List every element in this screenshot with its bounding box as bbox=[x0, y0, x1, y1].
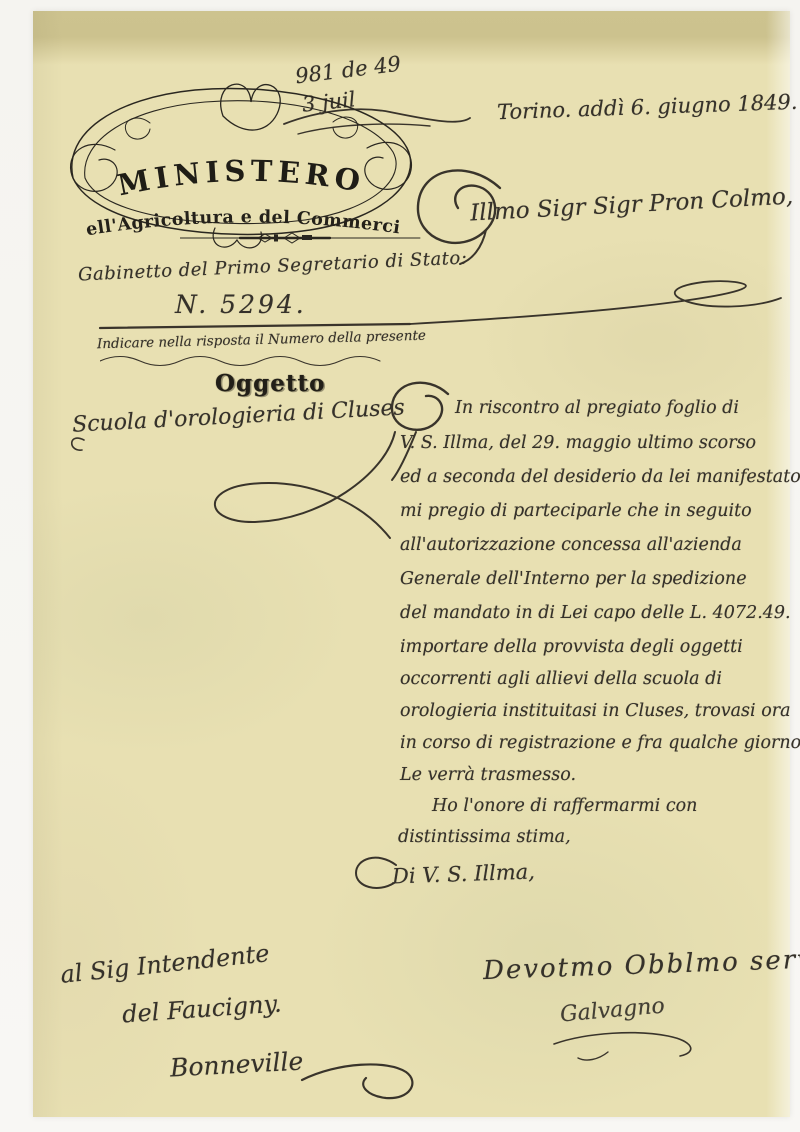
signature-flourish-icon bbox=[548, 1022, 708, 1064]
valediction-line3: Di V. S. Illma, bbox=[392, 860, 536, 889]
letterhead-title: MINISTERO bbox=[115, 154, 368, 203]
body-line: Le verrà trasmesso. bbox=[400, 765, 576, 785]
office-note-wavy-underline-icon bbox=[100, 352, 400, 368]
body-line: V. S. Illma, del 29. maggio ultimo scors… bbox=[400, 433, 756, 453]
subject-label: Oggetto bbox=[215, 370, 325, 397]
valediction-line2: distintissima stima, bbox=[398, 827, 571, 847]
body-line: all'autorizzazione concessa all'azienda bbox=[400, 535, 742, 555]
letterhead-cartouche: MINISTERO dell'Agricoltura e del Commerc… bbox=[55, 78, 427, 256]
body-line: mi pregio di parteciparle che in seguito bbox=[400, 501, 752, 521]
body-line: orologieria instituitasi in Cluses, trov… bbox=[400, 701, 791, 721]
scanned-letter-page: 981 de 49 3 juil Torino. addì 6. giugno … bbox=[0, 0, 800, 1132]
body-line: Generale dell'Interno per la spedizione bbox=[400, 569, 747, 589]
body-line: in corso di registrazione e fra qualche … bbox=[400, 733, 800, 753]
divider-ornament-icon bbox=[180, 231, 422, 245]
svg-text:MINISTERO: MINISTERO bbox=[115, 154, 368, 203]
office-rule-flourish bbox=[95, 276, 795, 338]
valediction-line1: Ho l'onore di raffermarmi con bbox=[432, 796, 697, 816]
body-line: In riscontro al pregiato foglio di bbox=[455, 398, 739, 418]
body-line: occorrenti agli allievi della scuola di bbox=[400, 669, 722, 689]
body-line: ed a seconda del desiderio da lei manife… bbox=[400, 467, 800, 487]
address-tail-flourish-icon bbox=[298, 1056, 428, 1108]
body-line: importare della provvista degli oggetti bbox=[400, 637, 743, 657]
body-line: del mandato in di Lei capo delle L. 4072… bbox=[400, 603, 791, 623]
